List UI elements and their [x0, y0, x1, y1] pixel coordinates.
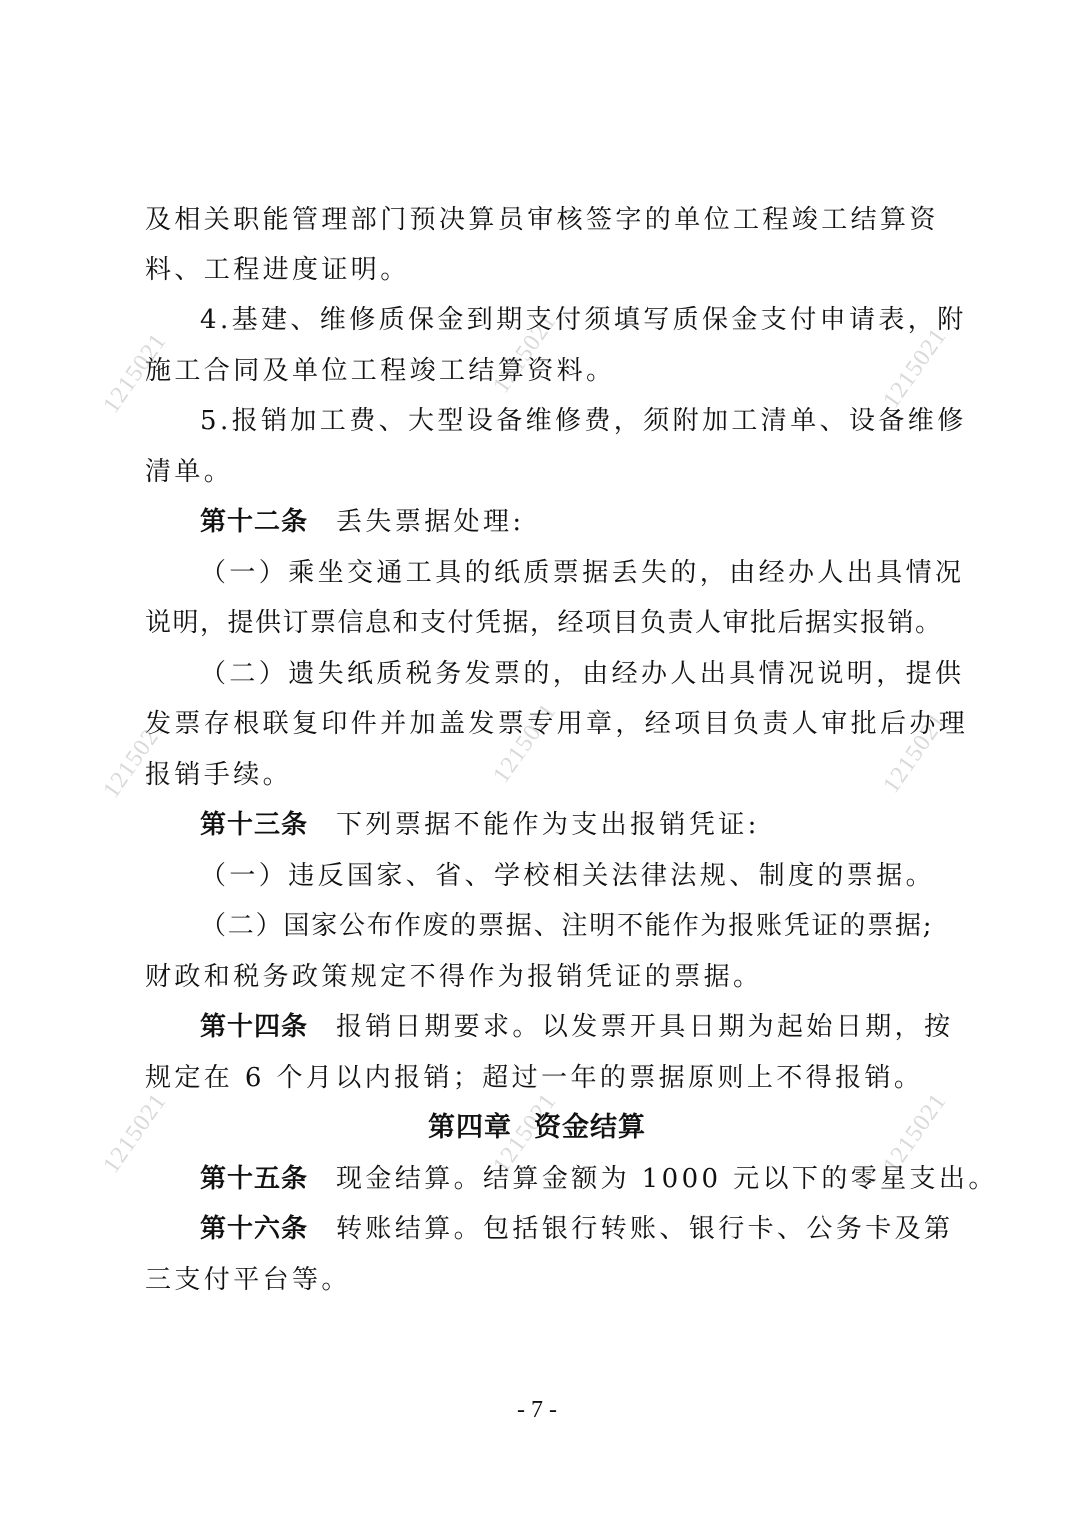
article-16-heading: 第十六条转账结算。包括银行转账、银行卡、公务卡及第 — [200, 1214, 1000, 1244]
article-label: 第十六条 — [200, 1214, 308, 1244]
body-line: 发票存根联复印件并加盖发票专用章，经项目负责人审批后办理 — [145, 709, 945, 739]
article-text: 现金结算。结算金额为 1000 元以下的零星支出。 — [336, 1164, 998, 1194]
article-label: 第十三条 — [200, 810, 308, 840]
article-15-heading: 第十五条现金结算。结算金额为 1000 元以下的零星支出。 — [200, 1164, 1000, 1194]
article-text: 转账结算。包括银行转账、银行卡、公务卡及第 — [336, 1214, 953, 1244]
body-line: 施工合同及单位工程竣工结算资料。 — [145, 356, 945, 386]
body-line: 及相关职能管理部门预决算员审核签字的单位工程竣工结算资 — [145, 205, 945, 235]
article-14-heading: 第十四条报销日期要求。以发票开具日期为起始日期，按 — [200, 1012, 1000, 1042]
article-label: 第十四条 — [200, 1012, 308, 1042]
article-title: 丢失票据处理: — [336, 507, 525, 537]
body-line: 报销手续。 — [145, 760, 945, 790]
article-title: 下列票据不能作为支出报销凭证: — [336, 810, 760, 840]
article-12-heading: 第十二条丢失票据处理: — [200, 507, 1000, 537]
body-line: （二）遗失纸质税务发票的，由经办人出具情况说明，提供 — [200, 659, 1000, 689]
chapter-label: 第四章 — [428, 1112, 512, 1143]
article-label: 第十五条 — [200, 1164, 308, 1194]
body-line: 说明，提供订票信息和支付凭据，经项目负责人审批后据实报销。 — [145, 608, 945, 638]
body-line: 规定在 6 个月以内报销；超过一年的票据原则上不得报销。 — [145, 1063, 945, 1093]
body-line: （二）国家公布作废的票据、注明不能作为报账凭证的票据; — [200, 911, 1000, 941]
article-label: 第十二条 — [200, 507, 308, 537]
page-number: - 7 - — [0, 1397, 1074, 1424]
body-line: 5.报销加工费、大型设备维修费，须附加工清单、设备维修 — [200, 406, 1000, 436]
body-line: 料、工程进度证明。 — [145, 255, 945, 285]
body-line: 清单。 — [145, 457, 945, 487]
chapter-title: 资金结算 — [534, 1112, 646, 1143]
body-line: （一）违反国家、省、学校相关法律法规、制度的票据。 — [200, 861, 1000, 891]
body-line: 财政和税务政策规定不得作为报销凭证的票据。 — [145, 962, 945, 992]
article-text: 报销日期要求。以发票开具日期为起始日期，按 — [336, 1012, 953, 1042]
chapter-heading: 第四章资金结算 — [0, 1113, 1074, 1143]
article-13-heading: 第十三条下列票据不能作为支出报销凭证: — [200, 810, 1000, 840]
document-page: 1215021 1215021 1215021 1215021 1215021 … — [0, 0, 1074, 1520]
body-line: 4.基建、维修质保金到期支付须填写质保金支付申请表，附 — [200, 305, 1000, 335]
body-line: （一）乘坐交通工具的纸质票据丢失的，由经办人出具情况 — [200, 558, 1000, 588]
body-line: 三支付平台等。 — [145, 1265, 945, 1295]
